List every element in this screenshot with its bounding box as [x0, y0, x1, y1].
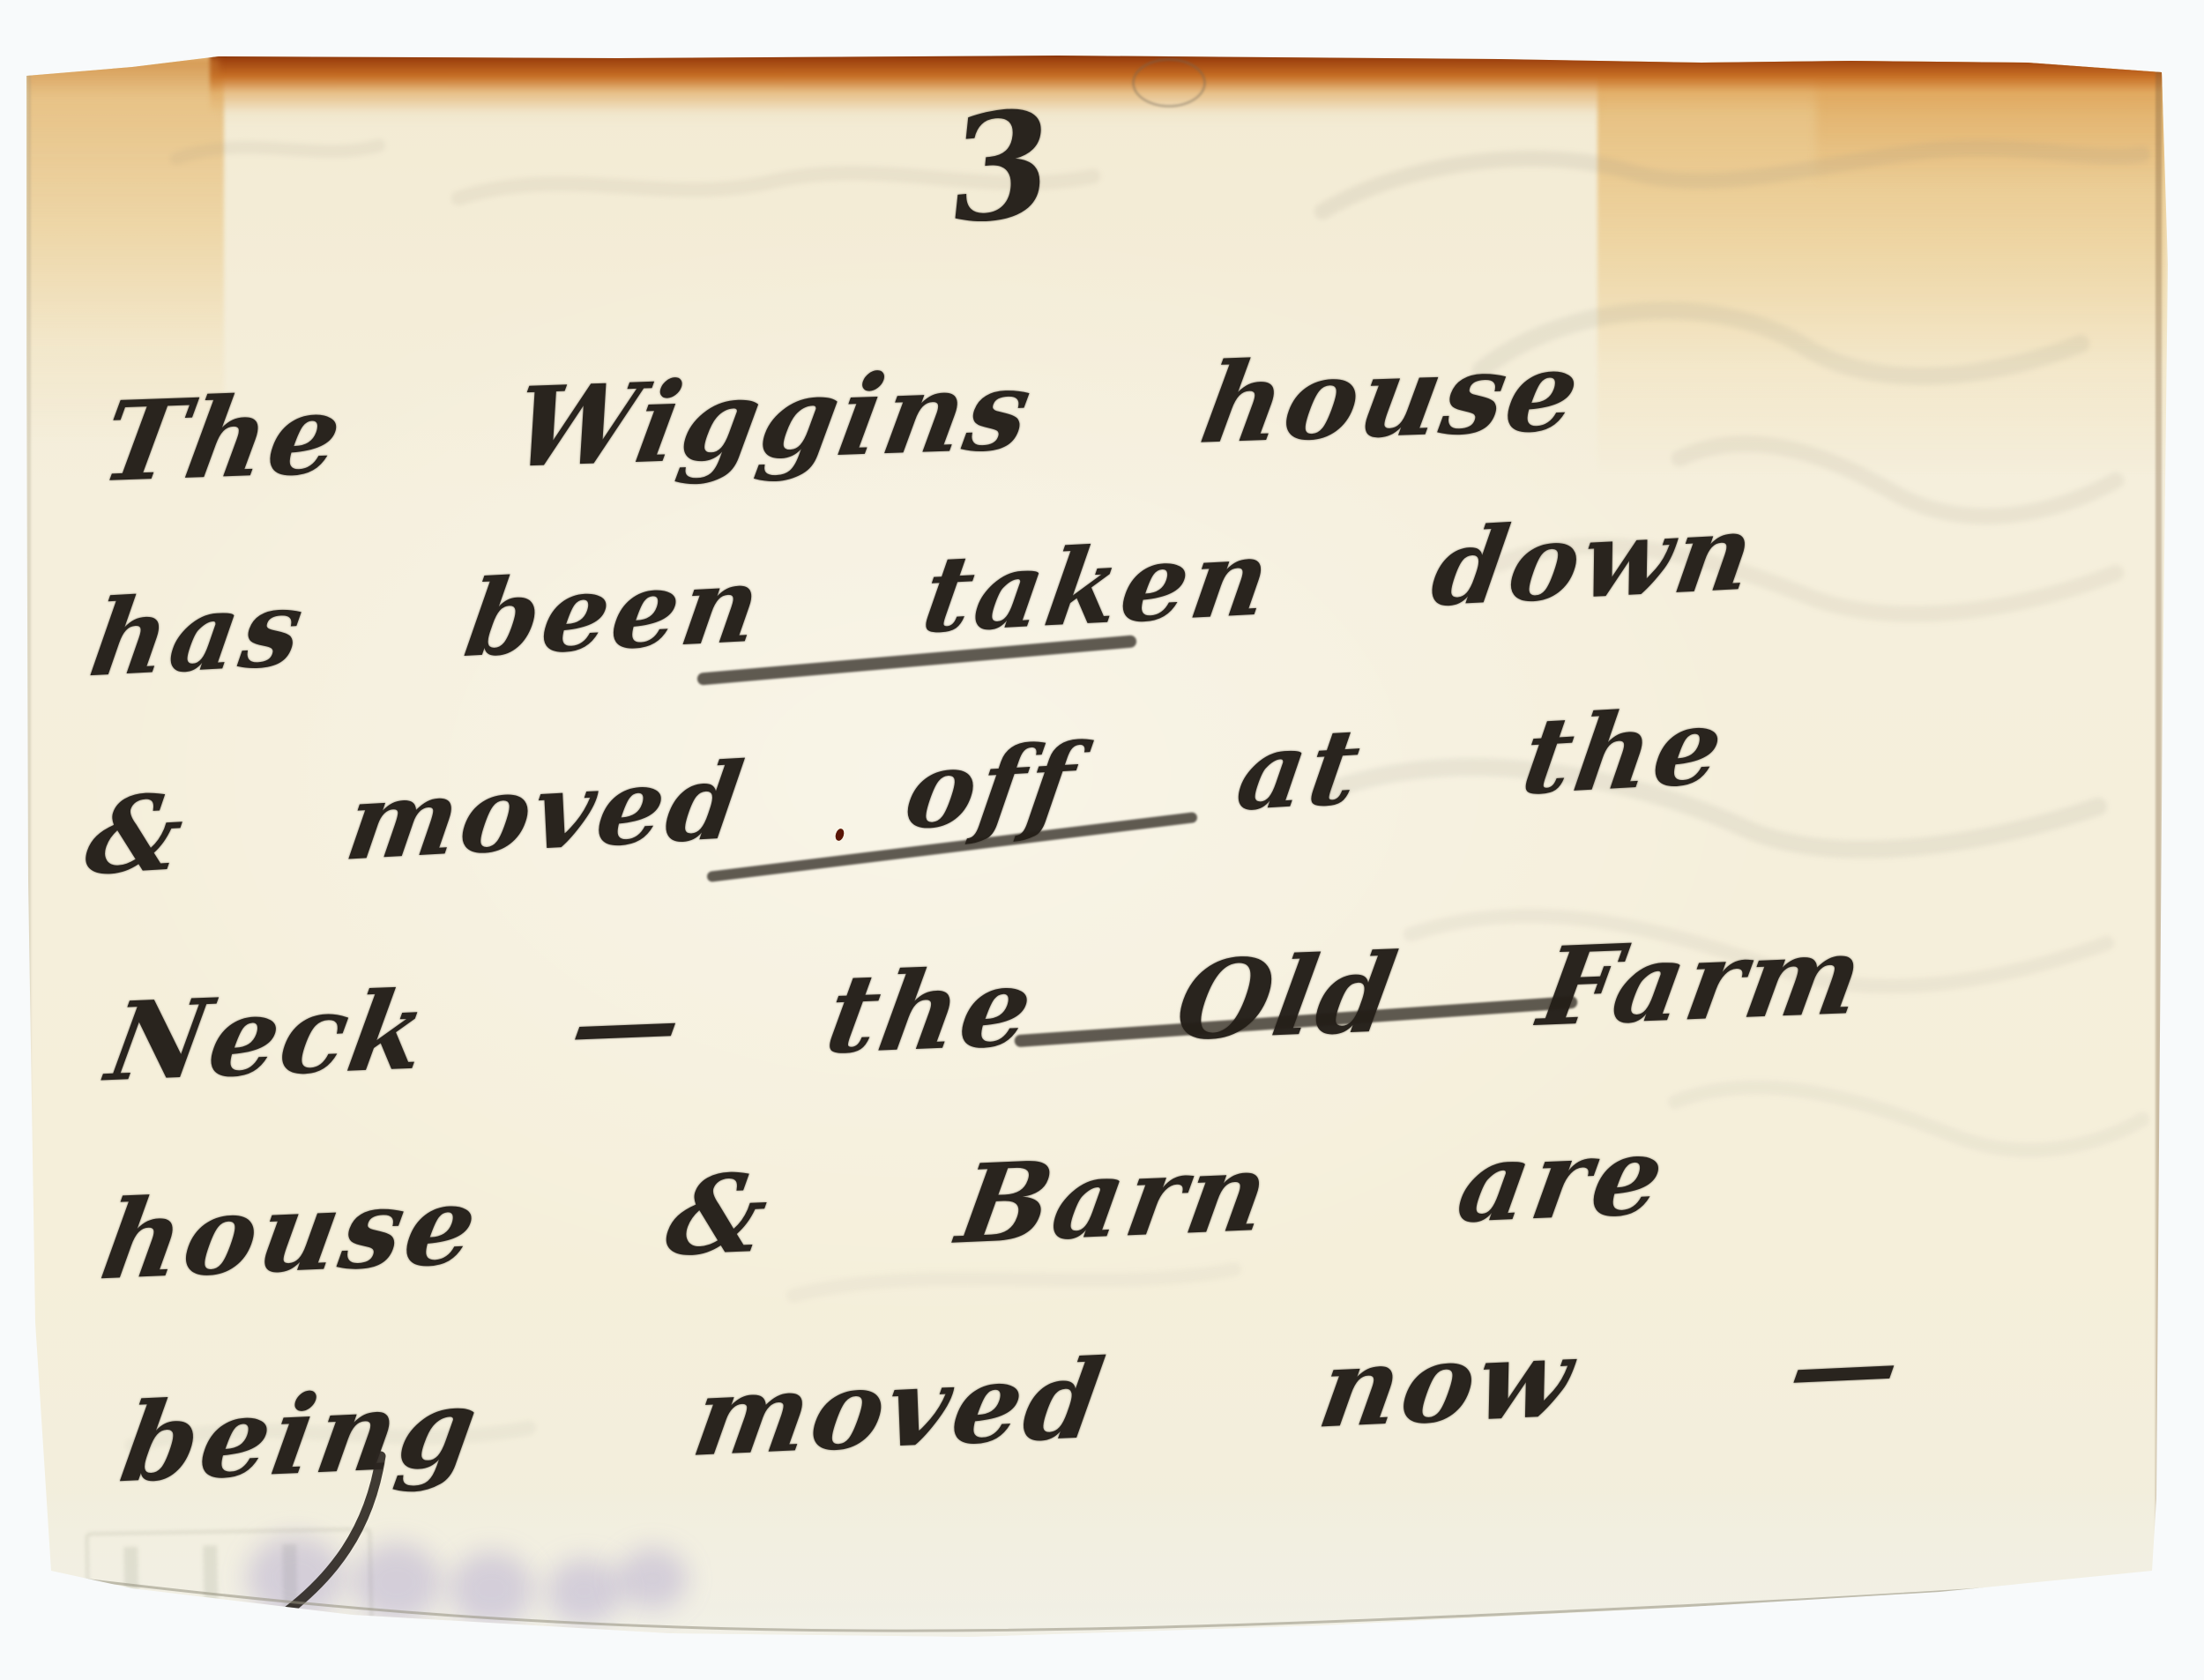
being-descender-stroke [0, 0, 2204, 1680]
paper-sheet: 3 The Wiggins house has been taken down … [0, 0, 2204, 1680]
scanned-note-page: 3 The Wiggins house has been taken down … [0, 0, 2204, 1680]
torn-edge-crease [53, 1576, 2156, 1631]
